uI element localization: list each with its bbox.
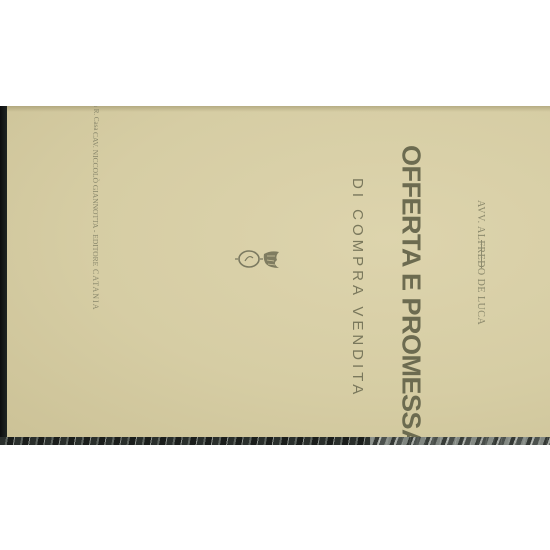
book-binding-edge bbox=[0, 106, 7, 445]
title-page: AVV. ALFREDO DE LUCA OFFERTA E PROMESSA … bbox=[7, 106, 550, 437]
publisher-name: CAV. NICCOLÒ GIANNOTTA - EDITORE bbox=[91, 132, 100, 266]
publisher-note: Libraio della R. Casa bbox=[91, 106, 100, 130]
publisher-block: CATANIA CAV. NICCOLÒ GIANNOTTA - EDITORE… bbox=[91, 230, 100, 310]
book-title: OFFERTA E PROMESSA bbox=[396, 145, 425, 445]
marbled-board-edge bbox=[0, 437, 550, 445]
publisher-city: CATANIA bbox=[91, 269, 100, 310]
author-divider bbox=[481, 240, 482, 268]
publisher-emblem-icon bbox=[233, 246, 283, 272]
book-photo: AVV. ALFREDO DE LUCA OFFERTA E PROMESSA … bbox=[0, 106, 550, 445]
book-subtitle: DI COMPRA VENDITA bbox=[349, 178, 366, 398]
